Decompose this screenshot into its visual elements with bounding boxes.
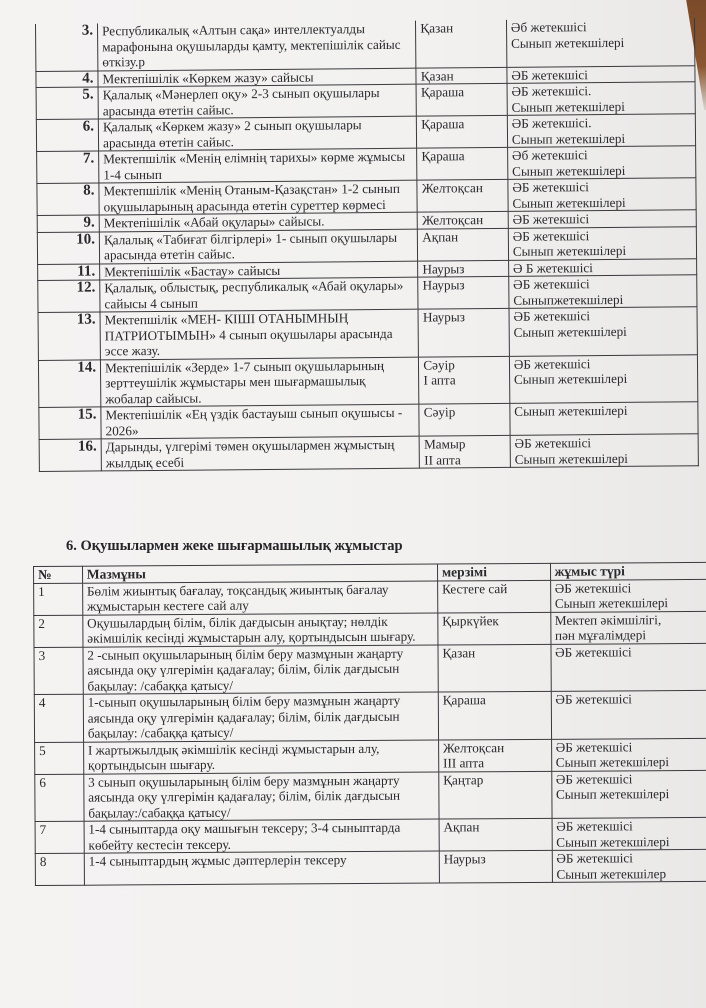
row-content: 2 -сынып оқушыларының білім беру мазмұны…: [83, 645, 438, 695]
row-responsible-line: ӘБ жетекшісі: [513, 210, 692, 227]
row-responsible-line: Сынып жетекшілері: [512, 130, 691, 147]
row-work-type-line: ӘБ жетекшісі: [555, 643, 705, 659]
table-row: 6.Қалалық «Көркем жазу» 2 сынып оқушылар…: [36, 114, 695, 152]
header-number: №: [34, 566, 83, 583]
row-work-type: ӘБ жетекшісі: [551, 690, 706, 738]
row-responsible-line: ӘБ жетекшісі: [511, 66, 690, 83]
row-responsible: ӘБ жетекшісі: [507, 65, 695, 83]
row-content: Оқушылардың білім, білік дағдысын анықта…: [83, 613, 438, 647]
row-date: МамырІІ апта: [419, 435, 510, 468]
header-work-type: жұмыс түрі: [550, 562, 706, 579]
row-deadline: Наурыз: [439, 850, 552, 883]
row-deadline-line: Қазан: [442, 644, 546, 660]
row-date-line: Қараша: [421, 148, 503, 164]
row-date-line: Қараша: [421, 84, 503, 100]
table-row: 3.Республикалық «Алтын сақа» интеллектуа…: [35, 18, 694, 71]
row-work-type: ӘБ жетекшісіСынып жетекшілері: [552, 817, 706, 850]
row-responsible-line: Сынып жетекшілері: [513, 242, 692, 259]
row-date: Қараша: [416, 83, 507, 116]
row-deadline-line: Желтоқсан: [443, 739, 547, 755]
row-number: 10.: [37, 231, 99, 264]
row-responsible-line: Әб жетекшісі: [511, 18, 690, 35]
table-row: 5.Қалалық «Мәнерлеп оқу» 2-3 сынып оқушы…: [36, 82, 695, 120]
row-responsible-line: Сынып жетекшілері: [512, 194, 691, 211]
row-date: Сәуір: [419, 403, 510, 436]
row-number: 13.: [38, 312, 100, 360]
individual-work-table: № Мазмұны мерзімі жұмыс түрі 1Бөлім жиын…: [33, 562, 706, 886]
row-responsible: Ә Б жетекшісі: [508, 258, 696, 276]
row-work-type-line: ӘБ жетекшісі: [555, 579, 705, 595]
row-responsible-line: Сынып жетекшілері: [511, 34, 690, 51]
row-deadline-line: ІІІ апта: [443, 755, 547, 771]
row-responsible-line: ӘБ жетекшісі: [513, 275, 692, 292]
row-deadline: Қазан: [438, 644, 551, 692]
row-responsible-line: Сынып жетекшілері: [514, 402, 693, 419]
row-number: 8.: [37, 183, 99, 216]
row-date-line: Желтоқсан: [422, 212, 504, 228]
row-number: 5.: [36, 87, 98, 120]
row-work-type: ӘБ жетекшісіСынып жетекшілері: [551, 738, 706, 771]
row-work-type-line: Сынып жетекшілер: [556, 865, 706, 881]
row-responsible: ӘБ жетекшісі.Сынып жетекшілері: [507, 82, 695, 116]
row-number: 7.: [37, 151, 99, 184]
row-content: 1-4 сыныптардың жұмыс дәптерлерін тексер…: [84, 851, 439, 885]
row-content: Мектепшілік «МЕН- КІШІ ОТАНЫМНЫҢ ПАТРИОТ…: [100, 309, 419, 359]
row-content: Республикалық «Алтын сақа» интеллектуалд…: [98, 21, 417, 71]
row-responsible-line: Сынып жетекшілері: [514, 370, 693, 387]
row-work-type-line: ӘБ жетекшісі: [555, 691, 705, 707]
row-content: Қалалық, облыстық, республикалық «Абай о…: [100, 277, 419, 312]
row-number: 7: [35, 821, 84, 853]
table-row: 2Оқушылардың білім, білік дағдысын анықт…: [34, 611, 706, 647]
row-responsible: ӘБ жетекшісіСынып жетекшілері: [508, 226, 696, 260]
row-date-line: Қазан: [420, 20, 502, 36]
table-row: 7.Мектепшілік «Менің елімнің тарихы» көр…: [37, 146, 696, 184]
table-row: 12.Қалалық, облыстық, республикалық «Аба…: [38, 275, 697, 313]
row-date: Қазан: [416, 20, 507, 68]
row-responsible-line: Сынып жетекшілері: [512, 162, 691, 179]
row-date-line: Сәуір: [423, 356, 505, 372]
row-deadline: Ақпан: [439, 818, 552, 851]
row-number: 4.: [36, 70, 98, 87]
table-row: 13.Мектепшілік «МЕН- КІШІ ОТАНЫМНЫҢ ПАТР…: [38, 307, 697, 360]
row-content: Мектепішілік «Зерде» 1-7 сынып оқушылары…: [100, 357, 419, 407]
row-work-type-line: Сынып жетекшілері: [556, 786, 706, 802]
row-responsible: ӘБ жетекшісіСынып жетекшілері: [509, 307, 698, 356]
row-work-type-line: ӘБ жетекшісі: [556, 850, 706, 866]
table-row: 32 -сынып оқушыларының білім беру мазмұн…: [34, 643, 706, 695]
row-work-type: ӘБ жетекшісіСынып жетекшілері: [551, 770, 706, 818]
row-date: Желтоқсан: [417, 179, 508, 212]
row-work-type: Мектеп әкімшілігі,пән мұғалімдері: [550, 611, 706, 644]
row-deadline: Қараша: [438, 691, 551, 739]
row-content: Мектепшілік «Менің елімнің тарихы» көрме…: [99, 148, 418, 183]
row-date-line: Наурыз: [422, 260, 504, 276]
row-date-line: Ақпан: [422, 228, 504, 244]
table-row: 81-4 сыныптардың жұмыс дәптерлерін тексе…: [35, 849, 706, 885]
row-deadline-line: Қыркүйек: [442, 612, 546, 628]
row-content: Мектепішілік «Ең үздік бастауыш сынып оқ…: [101, 404, 420, 439]
row-content: Бөлім жиынтық бағалау, тоқсандық жиынтық…: [82, 581, 437, 615]
row-responsible-line: ӘБ жетекшісі: [514, 355, 693, 372]
row-date: Наурыз: [418, 260, 509, 277]
row-work-type: ӘБ жетекшісіСынып жетекшілері: [550, 579, 706, 612]
row-number: 11.: [38, 263, 100, 280]
row-number: 1: [34, 583, 83, 615]
row-number: 5: [35, 742, 84, 774]
row-number: 16.: [39, 439, 101, 472]
row-number: 6: [35, 774, 84, 822]
row-date-line: Желтоқсан: [422, 180, 504, 196]
row-date-line: Қараша: [421, 116, 503, 132]
row-date: СәуірІ апта: [419, 356, 510, 404]
row-date: Наурыз: [418, 308, 509, 356]
row-responsible: Әб жетекшісіСынып жетекшілері: [506, 18, 695, 67]
table-row: 71-4 сыныптарда оқу машығын тексеру; 3-4…: [35, 817, 706, 853]
table-row: 8.Мектепшілік «Менің Отаным-Қазақстан» 1…: [37, 178, 696, 216]
header-deadline: мерзімі: [437, 563, 550, 580]
table-row: 63 сынып оқушыларының білім беру мазмұны…: [35, 770, 706, 822]
row-date: Қараша: [417, 147, 508, 180]
row-date-line: ІІ апта: [424, 451, 506, 467]
row-date: Ақпан: [418, 228, 509, 261]
row-responsible-line: ӘБ жетекшісі.: [511, 82, 690, 99]
row-deadline-line: Кестеге сай: [442, 580, 546, 596]
row-deadline-line: Қаңтар: [443, 771, 547, 787]
row-date-line: Наурыз: [423, 277, 505, 293]
row-date-line: Мамыр: [424, 436, 506, 452]
table-row: 1Бөлім жиынтық бағалау, тоқсандық жиынты…: [34, 579, 706, 615]
row-work-type-line: ӘБ жетекшісі: [556, 770, 706, 786]
document-page: 3.Республикалық «Алтын сақа» интеллектуа…: [0, 0, 706, 1008]
row-content: Мектепшілік «Менің Отаным-Қазақстан» 1-2…: [99, 180, 418, 215]
row-responsible-line: Сынып жетекшілері: [515, 450, 694, 467]
row-number: 4: [34, 694, 83, 742]
row-responsible-line: Сынып жетекшілері: [512, 98, 691, 115]
row-responsible: ӘБ жетекшісіСыныпжетекшілері: [509, 275, 697, 309]
row-content: 1-сынып оқушыларының білім беру мазмұнын…: [83, 692, 438, 742]
row-responsible: Сынып жетекшілері: [510, 402, 698, 436]
row-responsible-line: Ә Б жетекшісі: [513, 259, 692, 276]
table-row: 14.Мектепішілік «Зерде» 1-7 сынып оқушыл…: [38, 354, 697, 407]
row-work-type: ӘБ жетекшісі: [551, 643, 706, 691]
row-content: Қалалық «Көркем жазу» 2 сынып оқушылары …: [98, 116, 417, 151]
row-deadline: Қаңтар: [439, 771, 552, 819]
row-responsible-line: Әб жетекшісі: [512, 146, 691, 163]
table-row: 10.Қалалық «Табиғат білгірлері» 1- сынып…: [37, 226, 696, 264]
row-number: 2: [34, 615, 83, 647]
events-table: 3.Республикалық «Алтын сақа» интеллектуа…: [35, 18, 699, 472]
row-content: Қалалық «Табиғат білгірлері» 1- сынып оқ…: [99, 229, 418, 264]
row-date-line: Наурыз: [423, 309, 505, 325]
row-number: 15.: [39, 407, 101, 440]
table-row: 5І жартыжылдық әкімшілік кесінді жұмыста…: [35, 738, 706, 774]
row-responsible: ӘБ жетекшісі.Сынып жетекшілері: [507, 114, 695, 148]
row-work-type-line: ӘБ жетекшісі: [556, 818, 706, 834]
row-content: І жартыжылдық әкімшілік кесінді жұмыстар…: [83, 740, 438, 774]
table-row: 16.Дарынды, үлгерімі төмен оқушылармен ж…: [39, 434, 698, 472]
row-content: Қалалық «Мәнерлеп оқу» 2-3 сынып оқушыла…: [98, 84, 417, 119]
row-work-type-line: Сынып жетекшілері: [555, 595, 705, 611]
row-responsible: ӘБ жетекшісі: [508, 210, 696, 228]
row-responsible: ӘБ жетекшісіСынып жетекшілері: [508, 178, 696, 212]
row-responsible: Әб жетекшісіСынып жетекшілері: [507, 146, 695, 180]
row-date-line: Сәуір: [424, 404, 506, 420]
row-responsible: ӘБ жетекшісіСынып жетекшілері: [510, 434, 698, 468]
row-work-type-line: ӘБ жетекшісі: [556, 738, 706, 754]
row-number: 3.: [35, 23, 97, 71]
row-responsible-line: ӘБ жетекшісі: [513, 307, 692, 324]
row-work-type-line: пән мұғалімдері: [555, 627, 705, 643]
row-work-type-line: Сынып жетекшілері: [556, 754, 706, 770]
row-deadline-line: Ақпан: [443, 819, 547, 835]
section-6-title: 6. Оқушылармен жеке шығармашылық жұмыста…: [66, 538, 403, 555]
row-responsible-line: Сыныпжетекшілері: [513, 291, 692, 308]
row-content: 3 сынып оқушыларының білім беру мазмұнын…: [84, 772, 439, 822]
row-number: 8: [35, 853, 84, 885]
row-deadline: ЖелтоқсанІІІ апта: [438, 739, 551, 772]
row-deadline: Кестеге сай: [437, 580, 550, 613]
row-deadline-line: Қараша: [443, 692, 547, 708]
row-work-type-line: Мектеп әкімшілігі,: [555, 611, 705, 627]
row-deadline-line: Наурыз: [444, 851, 548, 867]
row-work-type-line: Сынып жетекшілері: [556, 833, 706, 849]
row-date-line: І апта: [423, 372, 505, 388]
row-responsible-line: ӘБ жетекшісі: [514, 434, 693, 451]
row-date-line: Қазан: [421, 67, 503, 83]
row-date: Наурыз: [418, 276, 509, 309]
row-responsible: ӘБ жетекшісіСынып жетекшілері: [509, 354, 698, 403]
row-content: Дарынды, үлгерімі төмен оқушылармен жұмы…: [101, 436, 420, 471]
row-number: 12.: [38, 280, 100, 313]
row-responsible-line: ӘБ жетекшісі.: [512, 114, 691, 131]
table-row: 41-сынып оқушыларының білім беру мазмұны…: [34, 690, 706, 742]
row-number: 9.: [37, 215, 99, 232]
row-number: 3: [34, 647, 83, 695]
row-content: 1-4 сыныптарда оқу машығын тексеру; 3-4 …: [84, 819, 439, 853]
row-date: Қараша: [417, 115, 508, 148]
row-deadline: Қыркүйек: [438, 612, 551, 645]
row-number: 14.: [38, 359, 100, 407]
row-responsible-line: Сынып жетекшілері: [513, 323, 692, 340]
row-responsible-line: ӘБ жетекшісі: [513, 227, 692, 244]
row-date: Қазан: [416, 67, 507, 84]
row-date: Желтоқсан: [418, 211, 509, 228]
row-work-type: ӘБ жетекшісіСынып жетекшілер: [552, 849, 706, 882]
row-responsible-line: ӘБ жетекшісі: [512, 178, 691, 195]
row-number: 6.: [36, 119, 98, 152]
